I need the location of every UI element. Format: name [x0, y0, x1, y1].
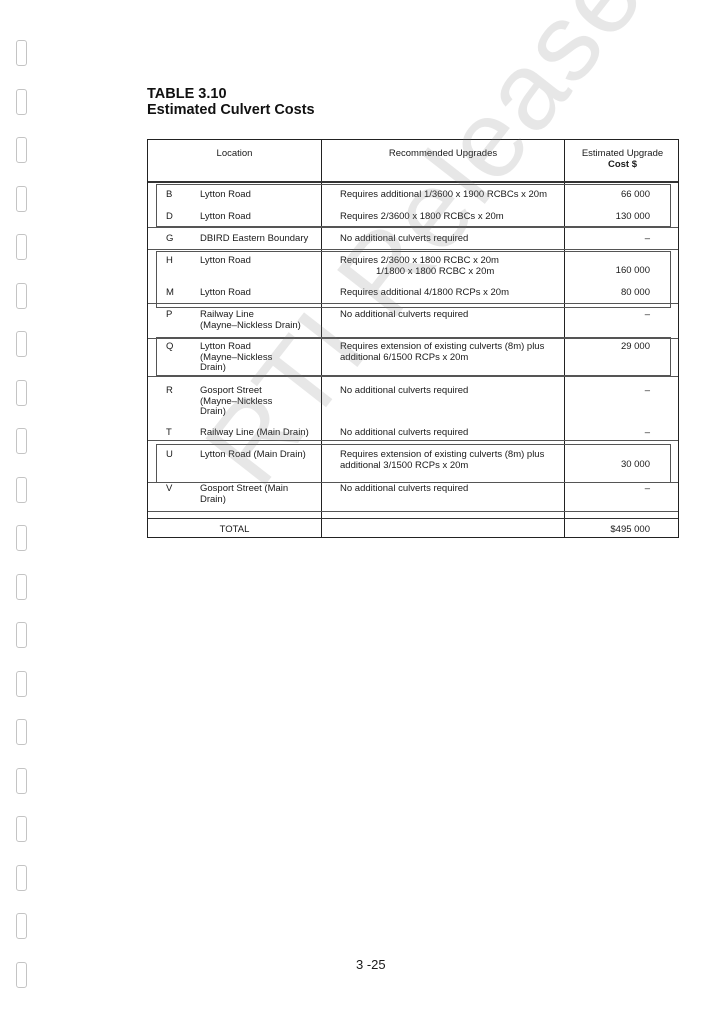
row-location: Lytton Road — [200, 212, 251, 223]
row-upgrade: No additional culverts required — [340, 428, 468, 439]
row-location: Lytton Road — [200, 256, 251, 267]
binder-hole-icon — [16, 89, 27, 115]
header-cost: Estimated Upgrade Cost $ — [565, 148, 680, 170]
row-upgrade: No additional culverts required — [340, 484, 468, 495]
row-cost: – — [568, 310, 650, 321]
row-id: D — [166, 212, 173, 223]
row-id: R — [166, 386, 173, 397]
row-location: DBIRD Eastern Boundary — [200, 234, 308, 245]
binder-hole-icon — [16, 719, 27, 745]
row-cost: 30 000 — [568, 460, 650, 471]
binder-hole-icon — [16, 137, 27, 163]
row-divider — [148, 511, 678, 512]
binder-hole-icon — [16, 671, 27, 697]
row-id: B — [166, 190, 172, 201]
binder-hole-icon — [16, 622, 27, 648]
table-caption: TABLE 3.10 Estimated Culvert Costs — [147, 86, 315, 118]
row-cost: – — [568, 428, 650, 439]
row-id: P — [166, 310, 172, 321]
header-location: Location — [148, 148, 321, 159]
binder-hole-icon — [16, 283, 27, 309]
total-divider — [148, 518, 678, 519]
row-cost: 66 000 — [568, 190, 650, 201]
binder-hole-icon — [16, 40, 27, 66]
row-cost: 29 000 — [568, 342, 650, 353]
row-cost: 130 000 — [568, 212, 650, 223]
binder-hole-icon — [16, 331, 27, 357]
binder-hole-icon — [16, 525, 27, 551]
header-cost-line1: Estimated Upgrade — [565, 148, 680, 159]
binder-hole-icon — [16, 865, 27, 891]
binder-hole-icon — [16, 186, 27, 212]
page-number: 3 -25 — [356, 957, 386, 972]
binder-hole-icon — [16, 428, 27, 454]
row-cost: – — [568, 484, 650, 495]
binder-hole-icon — [16, 477, 27, 503]
row-cost: 160 000 — [568, 266, 650, 277]
row-cost: – — [568, 234, 650, 245]
row-id: U — [166, 450, 173, 461]
row-upgrade: Requires extension of existing culverts … — [340, 450, 544, 471]
row-id: M — [166, 288, 174, 299]
row-location: Lytton Road — [200, 190, 251, 201]
binder-hole-icon — [16, 913, 27, 939]
row-id: Q — [166, 342, 173, 353]
table-label: TABLE 3.10 — [147, 86, 315, 102]
total-value: $495 000 — [568, 525, 650, 536]
binder-hole-icon — [16, 380, 27, 406]
row-id: T — [166, 428, 172, 439]
row-id: V — [166, 484, 172, 495]
binder-hole-icon — [16, 234, 27, 260]
table-title: Estimated Culvert Costs — [147, 102, 315, 118]
row-cost: 80 000 — [568, 288, 650, 299]
binder-hole-icon — [16, 574, 27, 600]
binder-hole-icon — [16, 816, 27, 842]
header-cost-line2: Cost $ — [565, 159, 680, 170]
total-label: TOTAL — [148, 525, 321, 536]
row-id: H — [166, 256, 173, 267]
row-id: G — [166, 234, 173, 245]
binder-hole-icon — [16, 768, 27, 794]
binder-hole-icon — [16, 962, 27, 988]
row-location: Lytton Road — [200, 288, 251, 299]
row-cost: – — [568, 386, 650, 397]
